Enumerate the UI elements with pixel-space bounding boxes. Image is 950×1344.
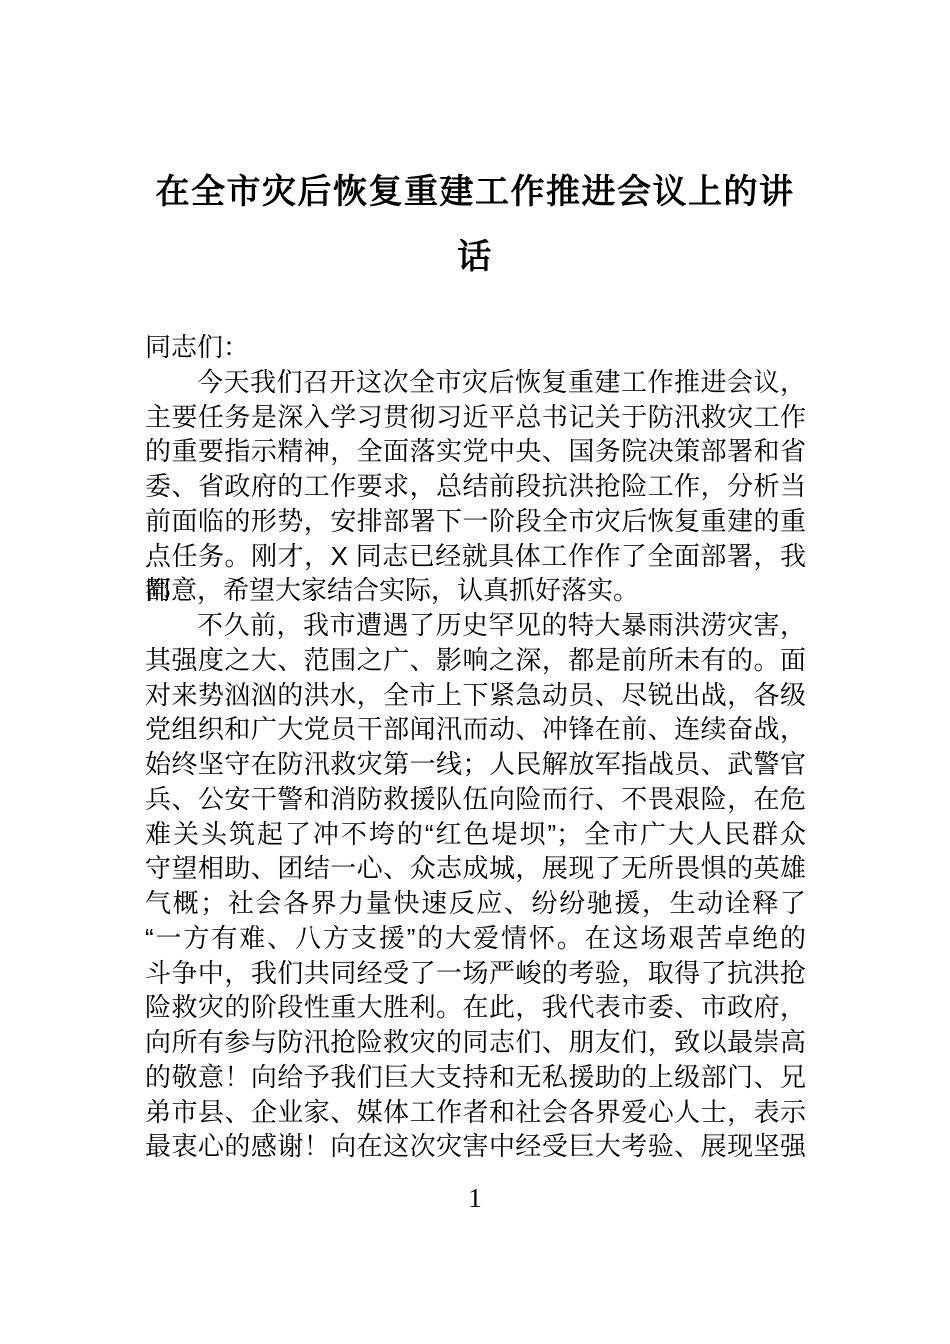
body-line: 党组织和广大党员干部闻汛而动、冲锋在前、连续奋战， <box>145 712 806 747</box>
document-title-line-1: 在全市灾后恢复重建工作推进会议上的讲 <box>0 160 950 225</box>
document-page: 在全市灾后恢复重建工作推进会议上的讲 话 同志们：今天我们召开这次全市灾后恢复重… <box>0 0 950 1344</box>
body-line: 同意，希望大家结合实际，认真抓好落实。 <box>145 573 806 608</box>
body-line: 不久前，我市遭遇了历史罕见的特大暴雨洪涝灾害， <box>145 608 806 643</box>
body-line: 的重要指示精神，全面落实党中央、国务院决策部署和省 <box>145 434 806 469</box>
body-line: 对来势汹汹的洪水，全市上下紧急动员、尽锐出战，各级 <box>145 678 806 713</box>
body-line: 的敬意！向给予我们巨大支持和无私援助的上级部门、兄 <box>145 1060 806 1095</box>
body-line: 向所有参与防汛抢险救灾的同志们、朋友们，致以最崇高 <box>145 1025 806 1060</box>
body-line: “一方有难、八方支援”的大爱情怀。在这场艰苦卓绝的 <box>145 921 806 956</box>
body-line: 前面临的形势，安排部署下一阶段全市灾后恢复重建的重 <box>145 504 806 539</box>
document-body: 同志们：今天我们召开这次全市灾后恢复重建工作推进会议，主要任务是深入学习贯彻习近… <box>145 330 806 1164</box>
body-line: 兵、公安干警和消防救援队伍向险而行、不畏艰险，在危 <box>145 782 806 817</box>
body-line: 始终坚守在防汛救灾第一线；人民解放军指战员、武警官 <box>145 747 806 782</box>
body-line: 今天我们召开这次全市灾后恢复重建工作推进会议， <box>145 365 806 400</box>
body-line: 险救灾的阶段性重大胜利。在此，我代表市委、市政府， <box>145 990 806 1025</box>
body-line: 斗争中，我们共同经受了一场严峻的考验，取得了抗洪抢 <box>145 956 806 991</box>
body-line: 守望相助、团结一心、众志成城，展现了无所畏惧的英雄 <box>145 851 806 886</box>
body-line: 其强度之大、范围之广、影响之深，都是前所未有的。面 <box>145 643 806 678</box>
body-line: 委、省政府的工作要求，总结前段抗洪抢险工作，分析当 <box>145 469 806 504</box>
page-number: 1 <box>0 1183 950 1213</box>
document-title: 在全市灾后恢复重建工作推进会议上的讲 话 <box>0 160 950 290</box>
body-line: 气概；社会各界力量快速反应、纷纷驰援，生动诠释了 <box>145 886 806 921</box>
body-line: 弟市县、企业家、媒体工作者和社会各界爱心人士，表示 <box>145 1095 806 1130</box>
body-line: 最衷心的感谢！向在这次灾害中经受巨大考验、展现坚强 <box>145 1129 806 1164</box>
body-line: 主要任务是深入学习贯彻习近平总书记关于防汛救灾工作 <box>145 400 806 435</box>
document-title-line-2: 话 <box>0 225 950 290</box>
body-line: 难关头筑起了冲不垮的“红色堤坝”；全市广大人民群众 <box>145 817 806 852</box>
body-line: 点任务。刚才，X 同志已经就具体工作作了全面部署，我都 <box>145 539 806 574</box>
body-line: 同志们： <box>145 330 806 365</box>
